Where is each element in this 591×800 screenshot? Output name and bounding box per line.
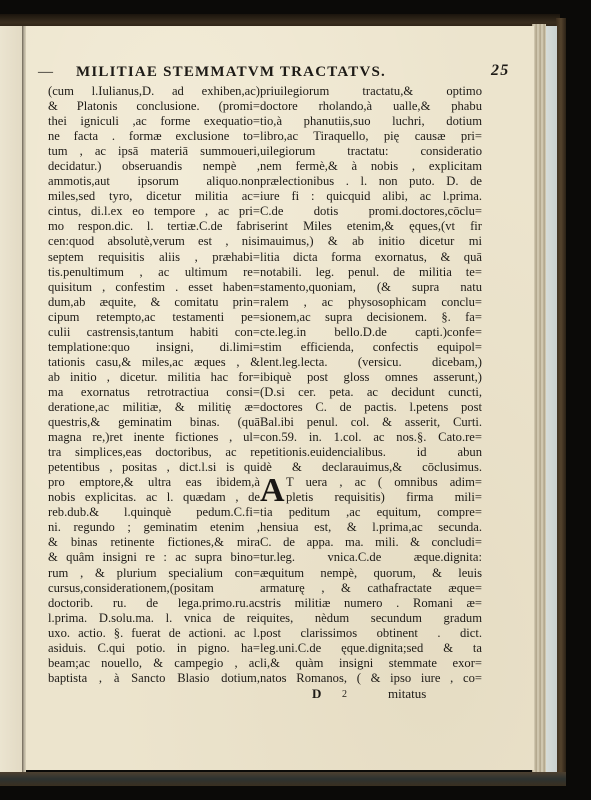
text-line: lent.leg.lecta. (versicu. dicebam,) (260, 355, 482, 370)
initial-paragraph: AT uera , ac ( omnibus adim=pletis requi… (260, 475, 482, 686)
text-line: pletis requisitis) firma mili= (260, 490, 482, 505)
text-line: notabili. leg. penul. de militia te= (260, 265, 482, 280)
text-line: natos Romanos, ( & ipso iure , co= (260, 671, 482, 686)
text-line: stim efficienda, confectis equipol= (260, 340, 482, 355)
text-line: doctore rholando,à ualle,& phabu (260, 99, 482, 114)
text-line: templatione:quo insigni, di.limi= (48, 340, 260, 355)
text-line: miles,sed tyro, dicetur militia ac= (48, 189, 260, 204)
text-line: baptista , à Sancto Blasio dotium, (48, 671, 260, 686)
text-line: stris militiæ numero . Romani æ= (260, 596, 482, 611)
text-line: tia peditum ,ac equitum, compre= (260, 505, 482, 520)
text-line: T uera , ac ( omnibus adim= (260, 475, 482, 490)
text-line: doctorib. ru. de lega.primo.ru.ac (48, 596, 260, 611)
text-line: li,& quàm insigni stemmate exor= (260, 656, 482, 671)
text-line: ralem , ac physosophicam conclu= (260, 295, 482, 310)
drop-cap-initial: A (260, 476, 285, 506)
text-line: leg.uni.C.de ęque.dignita;sed & ta (260, 641, 482, 656)
text-line: reb.dub.& l.quinquè pedum.C.fi= (48, 505, 260, 520)
text-line: & quâm insigni re : ac supra bino= (48, 550, 260, 565)
text-line: rum , & plurium specialium con= (48, 566, 260, 581)
text-line: septem requisitis aliis , præhabi= (48, 250, 260, 265)
text-line: nem fermè,& à nobis , explicitam (260, 159, 482, 174)
text-line: pro emptore,& ultra eas ibidem,à (48, 475, 260, 490)
text-line: petentibus , positas , dict.l.si is qui (48, 460, 260, 475)
text-line: hensiua est, & l.prima,ac secunda. (260, 520, 482, 535)
text-line: decidatur.) obseruandis nempè , (48, 159, 260, 174)
text-line: (D.si cer. peta. ac decidunt cuncti, (260, 385, 482, 400)
text-line: armaturę , & cathafractate æque= (260, 581, 482, 596)
text-line: magna re,)ret inente fictiones , ul= (48, 430, 260, 445)
folio-number: 25 (491, 62, 509, 80)
running-header: — MILITIAE STEMMATVM TRACTATVS. 25 (38, 64, 506, 84)
text-line: ibiquè post gloss omnes asserunt,) (260, 370, 482, 385)
text-line: uxo. actio. §. fuerat de actioni. ac l. (48, 626, 260, 641)
running-title: MILITIAE STEMMATVM TRACTATVS. (76, 64, 386, 81)
text-line: tra simplices,eas doctoribus, ac re (48, 445, 260, 460)
text-line: quites, nèdum secundum gradum (260, 611, 482, 626)
text-line: (cum l.Iulianus,D. ad exhiben,ac) (48, 84, 260, 99)
text-column-right: priuilegiorum tractatu,& optimodoctore r… (260, 84, 482, 686)
header-dash: — (38, 64, 54, 81)
text-line: libro,ac Tiraquello, pię causæ pri= (260, 129, 482, 144)
text-line: ne facta . formæ exclusione to= (48, 129, 260, 144)
book-cover-bottom-edge (0, 772, 566, 786)
text-line: Bal.ibi penul. col. & asserit, Curti. (260, 415, 482, 430)
text-line: ammotis,aut ipsorum aliquo.non (48, 174, 260, 189)
text-line: ab initio , dicetur. militia hac for= (48, 370, 260, 385)
text-line: & Platonis conclusione. (promi= (48, 99, 260, 114)
text-line: cte.leg.in bello.D.de capti.)confe= (260, 325, 482, 340)
text-line: sionem,ac supra decisionem. §. fa= (260, 310, 482, 325)
page-stack-edges (532, 24, 546, 772)
text-line: con.59. in. 1.col. ac nos.§. Cato.re= (260, 430, 482, 445)
page-footer: D 2 mitatus (312, 686, 512, 702)
text-line: deratione,ac militiæ, & militię æ= (48, 400, 260, 415)
text-line: stamento,quoniam, (& supra natu (260, 280, 482, 295)
text-line: thei igniculi ,ac forme exequatio= (48, 114, 260, 129)
text-line: cursus,considerationem,(positam (48, 581, 260, 596)
text-line: petitionis.euidencialibus. id abun (260, 445, 482, 460)
text-line: asiduis. C.qui potio. in pigno. ha= (48, 641, 260, 656)
text-line: iure fi : quicquid alibi, ac l.prima. (260, 189, 482, 204)
text-line: tio,à phanutiis,suo luchri, dotium (260, 114, 482, 129)
text-line: dum,ab æquite, & comitatu prin= (48, 295, 260, 310)
facing-page-sliver (0, 26, 22, 772)
text-line: tum , ac ipsā materiā summoueri, (48, 144, 260, 159)
text-line: dè & declarauimus,& cōclusimus. (260, 460, 482, 475)
text-line: cintus, di.l.ex eo tempore , ac pri= (48, 204, 260, 219)
text-line: ni. regundo ; geminatim etenim , (48, 520, 260, 535)
text-line: beam;ac nouello, & campegio , ac (48, 656, 260, 671)
text-line: doctores C. de pactis. l.petens post (260, 400, 482, 415)
text-line: C. de appa. ma. mili. & concludi= (260, 535, 482, 550)
catchword: mitatus (388, 686, 426, 702)
page-edge-strip (546, 26, 557, 772)
text-line: cipum retempto,ac testamenti pe= (48, 310, 260, 325)
text-line: cen:quod absolutè,verum est , nisi (48, 234, 260, 249)
text-line: uilegiorum tractatu: consideratio (260, 144, 482, 159)
text-line: mo respon.dic. l. tertiæ.C.de fabri (48, 219, 260, 234)
signature-mark: D (312, 686, 321, 702)
text-line: mauimus,) & ab initio dicetur mi (260, 234, 482, 249)
text-line: tis.penultimum , ac ultimum re= (48, 265, 260, 280)
text-line: litia dicta forma exornatus, & quā (260, 250, 482, 265)
book-cover-right-edge (556, 18, 566, 780)
text-line: serint Miles etenim,& ęques,(vt fir (260, 219, 482, 234)
text-line: prælectionibus . l. non puto. D. de (260, 174, 482, 189)
text-line: ma exornatus retrotractiua consi= (48, 385, 260, 400)
text-line: C.de dotis promi.doctores,cōclu= (260, 204, 482, 219)
text-line: & binas retinente fictiones,& mira (48, 535, 260, 550)
text-column-left: (cum l.Iulianus,D. ad exhiben,ac)& Plato… (48, 84, 260, 686)
signature-number: 2 (342, 689, 347, 700)
text-line: questris,& geminatim binas. (quā (48, 415, 260, 430)
text-line: æquitum nempè, quorum, & leuis (260, 566, 482, 581)
text-line: culii castrensis,tantum habiti con= (48, 325, 260, 340)
text-line: tationis casu,& miles,ac æques , & (48, 355, 260, 370)
text-line: nobis explicitas. ac l. quædam , de (48, 490, 260, 505)
text-line: post clarissimos obtinent . dict. (260, 626, 482, 641)
text-line: l.prima. D.solu.ma. l. vnica de rei (48, 611, 260, 626)
text-line: tur.leg. vnica.C.de æque.dignita: (260, 550, 482, 565)
text-line: priuilegiorum tractatu,& optimo (260, 84, 482, 99)
text-line: quisitum , confestim . esset haben= (48, 280, 260, 295)
